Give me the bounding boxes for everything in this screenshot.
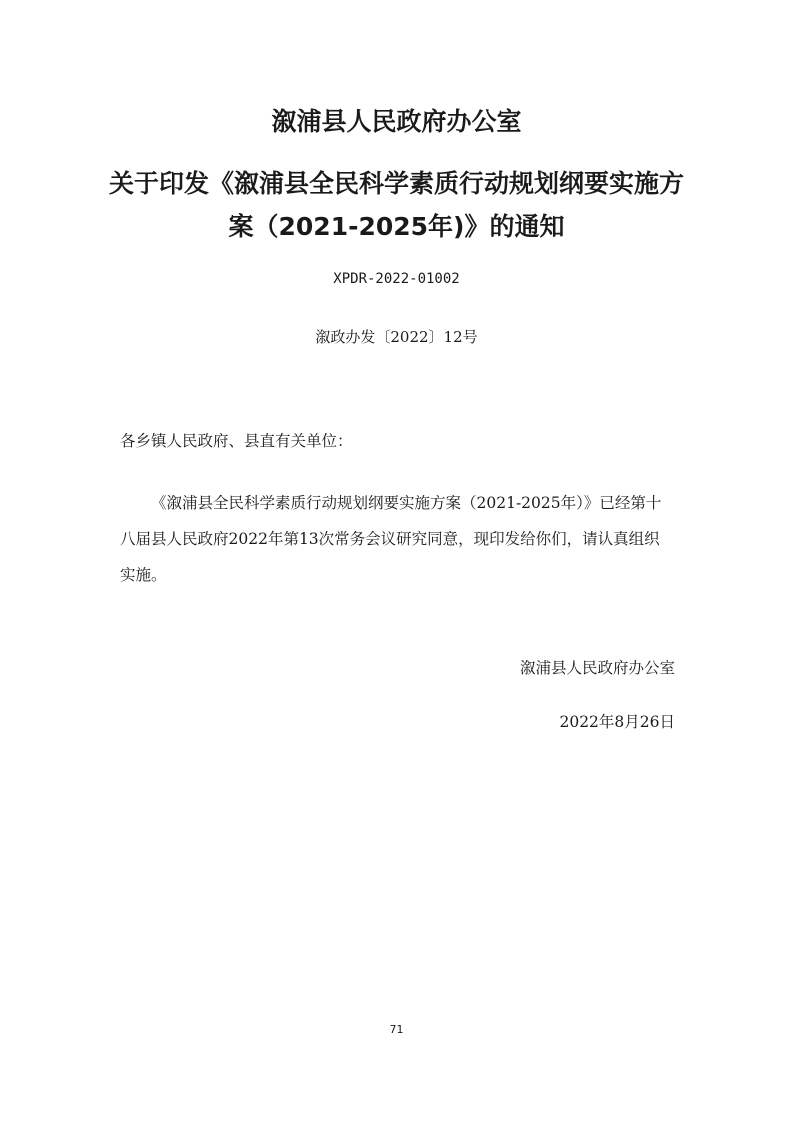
document-page: 溆浦县人民政府办公室 关于印发《溆浦县全民科学素质行动规划纲要实施方 案（202… — [0, 0, 793, 1122]
body-line-1: 《溆浦县全民科学素质行动规划纲要实施方案（2021-2025年）》已经第十 — [120, 485, 680, 521]
page-number: 71 — [0, 1023, 793, 1036]
notice-title: 关于印发《溆浦县全民科学素质行动规划纲要实施方 案（2021-2025年)》的通… — [0, 162, 793, 248]
notice-title-line-1: 关于印发《溆浦县全民科学素质行动规划纲要实施方 — [0, 162, 793, 205]
body-paragraph: 《溆浦县全民科学素质行动规划纲要实施方案（2021-2025年）》已经第十 八届… — [120, 485, 680, 593]
body-line-3: 实施。 — [120, 557, 680, 593]
document-number: 溆政办发〔2022〕12号 — [0, 326, 793, 347]
signature: 溆浦县人民政府办公室 — [520, 656, 675, 678]
issue-date: 2022年8月26日 — [559, 710, 675, 732]
body-line-2: 八届县人民政府2022年第13次常务会议研究同意，现印发给你们，请认真组织 — [120, 521, 680, 557]
document-code: XPDR-2022-01002 — [0, 271, 793, 287]
notice-title-line-2: 案（2021-2025年)》的通知 — [0, 205, 793, 248]
addressee: 各乡镇人民政府、县直有关单位： — [120, 429, 353, 451]
issuing-office-title: 溆浦县人民政府办公室 — [0, 102, 793, 138]
